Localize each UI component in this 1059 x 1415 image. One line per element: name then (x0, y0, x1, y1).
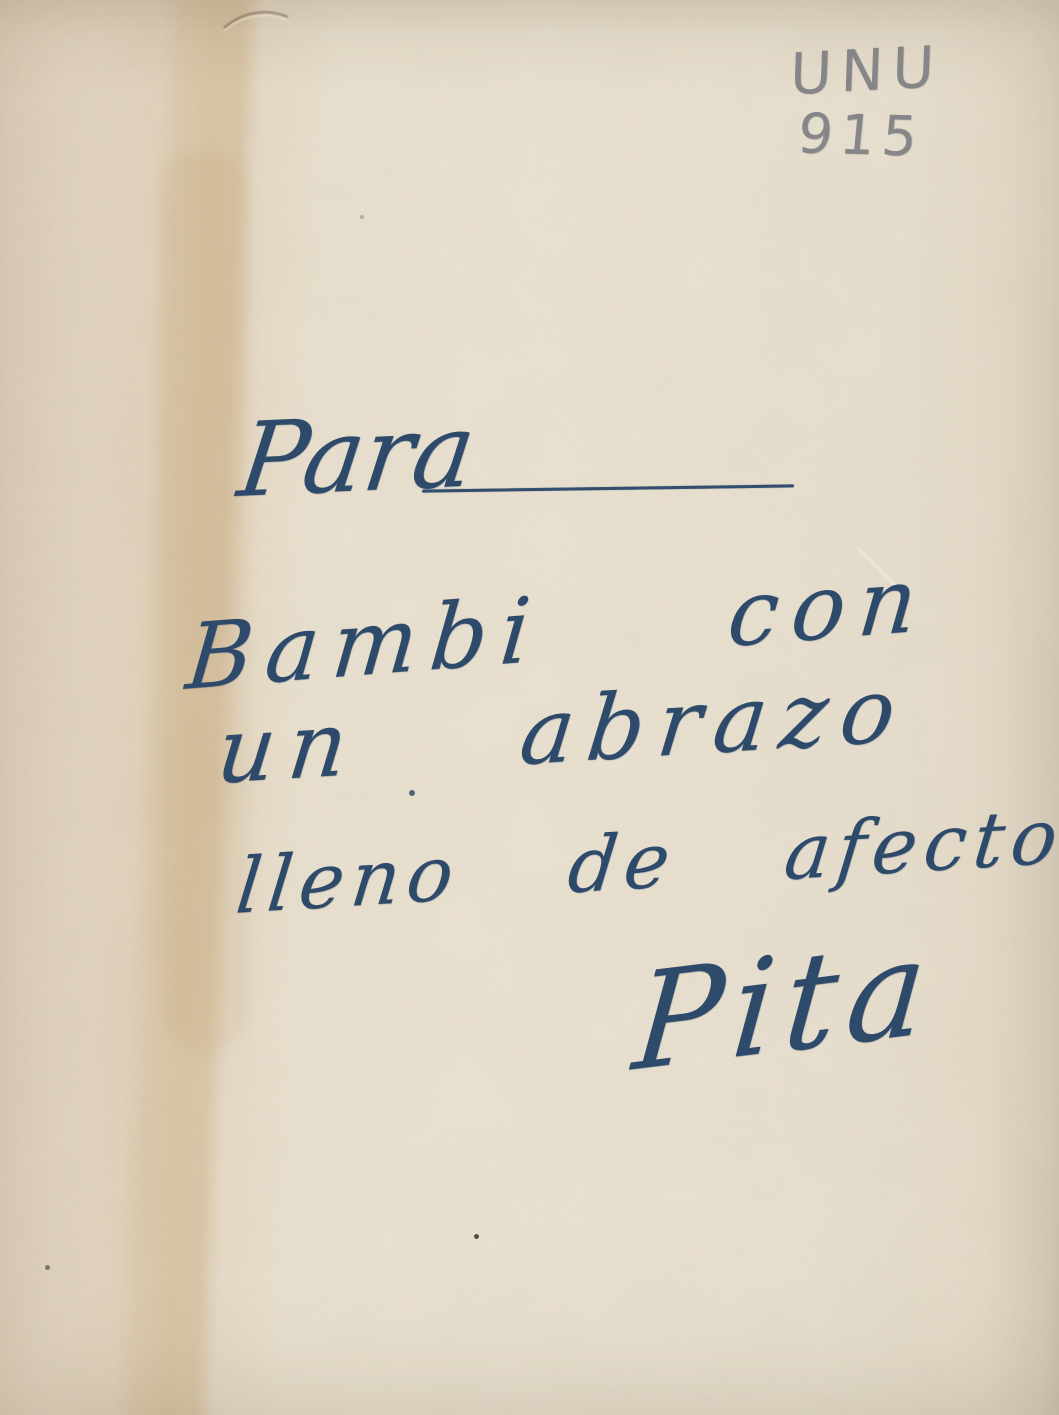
stray-ink-dot (409, 790, 415, 796)
dust-speck (474, 1234, 479, 1239)
dust-speck (360, 215, 364, 219)
dust-speck (45, 1265, 50, 1270)
pencil-note-line-2: 915 (795, 101, 927, 168)
inscription-line-para: Para (232, 391, 482, 521)
pencil-note-line-1: UNU (789, 34, 944, 108)
book-page-photo: UNU 915 Para Bambi con un abrazo lleno d… (0, 0, 1059, 1415)
